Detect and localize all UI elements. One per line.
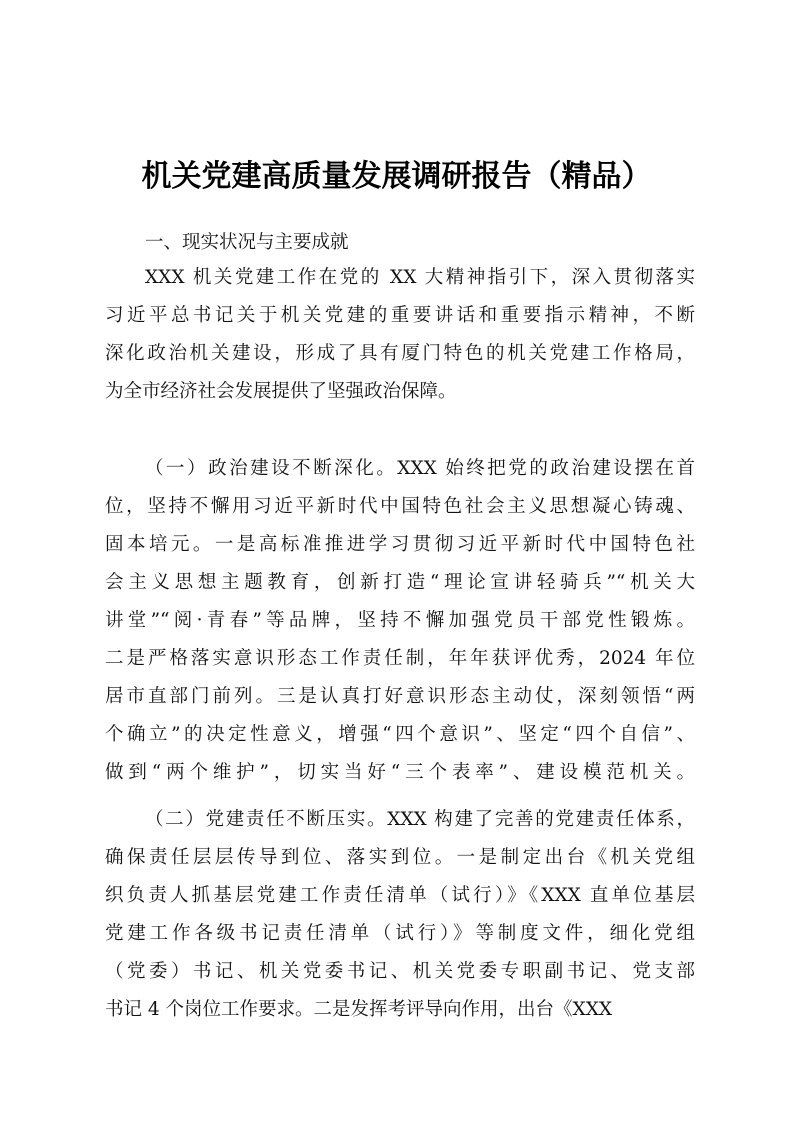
paragraph-line: 个确立”的决定性意义，增强“四个意识”、坚定“四个自信”、 [105,721,695,749]
section-heading: 一、现实状况与主要成就 [145,229,545,257]
paragraph-line: （党委）书记、机关党委书记、机关党委专职副书记、党支部 [105,958,695,986]
paragraph-line: （一）政治建设不断深化。XXX 始终把党的政治建设摆在首 [145,455,695,483]
paragraph-line: XXX 机关党建工作在党的 XX 大精神指引下，深入贯彻落实 [145,264,695,292]
paragraph-line: 为全市经济社会发展提供了坚强政治保障。 [105,378,695,406]
document-page: 机关党建高质量发展调研报告（精品） 一、现实状况与主要成就 XXX 机关党建工作… [0,0,793,1122]
paragraph-line: 确保责任层层传导到位、落实到位。一是制定出台《机关党组 [105,844,695,872]
paragraph-line: 书记 4 个岗位工作要求。二是发挥考评导向作用，出台《XXX [105,996,695,1024]
paragraph-line: 党建工作各级书记责任清单（试行）》等制度文件，细化党组 [105,920,695,948]
paragraph-line: 居市直部门前列。三是认真打好意识形态主动仗，深刻领悟“两 [105,683,695,711]
paragraph-line: 织负责人抓基层党建工作责任清单（试行）》《XXX 直单位基层 [105,882,695,910]
paragraph-line: 习近平总书记关于机关党建的重要讲话和重要指示精神，不断 [105,302,695,330]
paragraph-line: 讲堂”“阅·青春”等品牌，坚持不懈加强党员干部党性锻炼。 [105,607,695,635]
paragraph-line: 会主义思想主题教育，创新打造“理论宣讲轻骑兵”“机关大 [105,569,695,597]
paragraph-line: 二是严格落实意识形态工作责任制，年年获评优秀，2024 年位 [105,645,695,673]
paragraph-line: 固本培元。一是高标准推进学习贯彻习近平新时代中国特色社 [105,531,695,559]
paragraph-line: 深化政治机关建设，形成了具有厦门特色的机关党建工作格局， [105,340,695,368]
paragraph-line: 位，坚持不懈用习近平新时代中国特色社会主义思想凝心铸魂、 [105,493,695,521]
paragraph-line: （二）党建责任不断压实。XXX 构建了完善的党建责任体系， [145,806,695,834]
paragraph-line: 做到“两个维护”，切实当好“三个表率”、建设模范机关。 [105,759,695,787]
document-title: 机关党建高质量发展调研报告（精品） [0,157,793,197]
